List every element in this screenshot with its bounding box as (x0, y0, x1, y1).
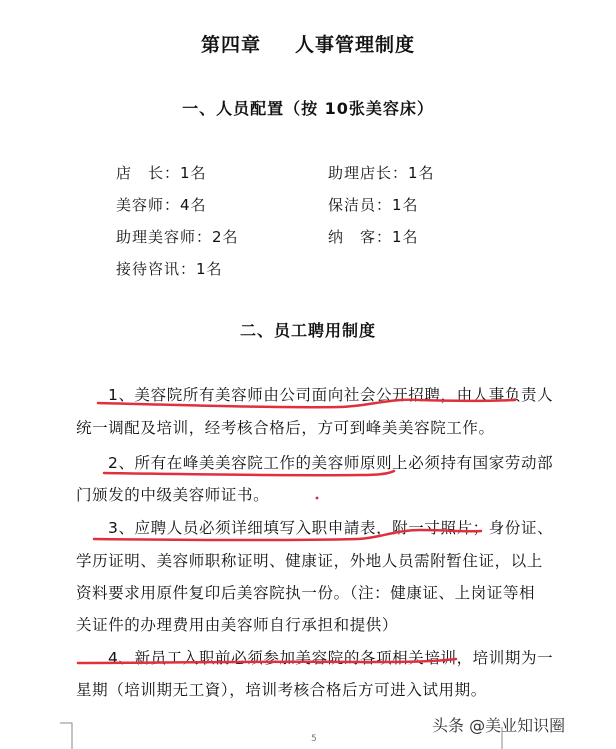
paragraph-2-line-1: 2、所有在峰美美容院工作的美容师原则上必须持有国家劳动部 (108, 451, 553, 473)
section-heading-staffing: 一、人员配置（按 10张美容床） (0, 96, 616, 119)
staff-item-cleaner: 保洁员：1名 (328, 194, 419, 215)
staff-item-store-manager: 店 长：1名 (116, 162, 207, 183)
paragraph-1-line-1: 1、美容院所有美容师由公司面向社会公开招聘，由人事负责人 (108, 383, 553, 405)
staff-item-assistant-manager: 助理店长：1名 (328, 162, 435, 183)
paragraph-3-line-2: 学历证明、美容师职称证明、健康证，外地人员需附暂住证，以上 (76, 549, 543, 571)
chapter-name: 人事管理制度 (295, 34, 415, 56)
crop-mark-left (60, 717, 74, 749)
paragraph-1-line-2: 统一调配及培训，经考核合格后，方可到峰美美容院工作。 (76, 416, 495, 438)
paragraph-3-line-3: 资料要求用原件复印后美容院执一份。（注：健康证、上岗证等相 (76, 581, 535, 603)
paragraph-2-line-2: 门颁发的中级美容师证书。 (76, 483, 269, 505)
annotation-dot (316, 497, 319, 500)
paragraph-4-line-1: 4、新员工入职前必须参加美容院的各项相关培训，培训期为一 (108, 646, 553, 668)
page-number: 5 (311, 734, 317, 744)
paragraph-4-line-2: 星期（培训期无工資），培训考核合格后方可进入试用期。 (76, 678, 487, 700)
chapter-number: 第四章 (201, 34, 261, 56)
watermark: 头条 @美业知识圈 (432, 713, 565, 736)
paragraph-3-line-1: 3、应聘人员必须详细填写入职申請表，附一寸照片；身份证、 (108, 516, 553, 538)
staff-item-assistant-beautician: 助理美容师：2名 (116, 226, 239, 247)
staff-item-beautician: 美容师：4名 (116, 194, 207, 215)
paragraph-3-line-4: 关证件的办理费用由美容师自行承担和提供） (76, 613, 398, 635)
section-heading-hiring: 二、员工聘用制度 (0, 318, 616, 341)
staff-item-consultant: 接待咨讯：1名 (116, 258, 223, 279)
staff-item-receptionist: 纳 客：1名 (328, 226, 419, 247)
chapter-title: 第四章人事管理制度 (0, 30, 616, 57)
